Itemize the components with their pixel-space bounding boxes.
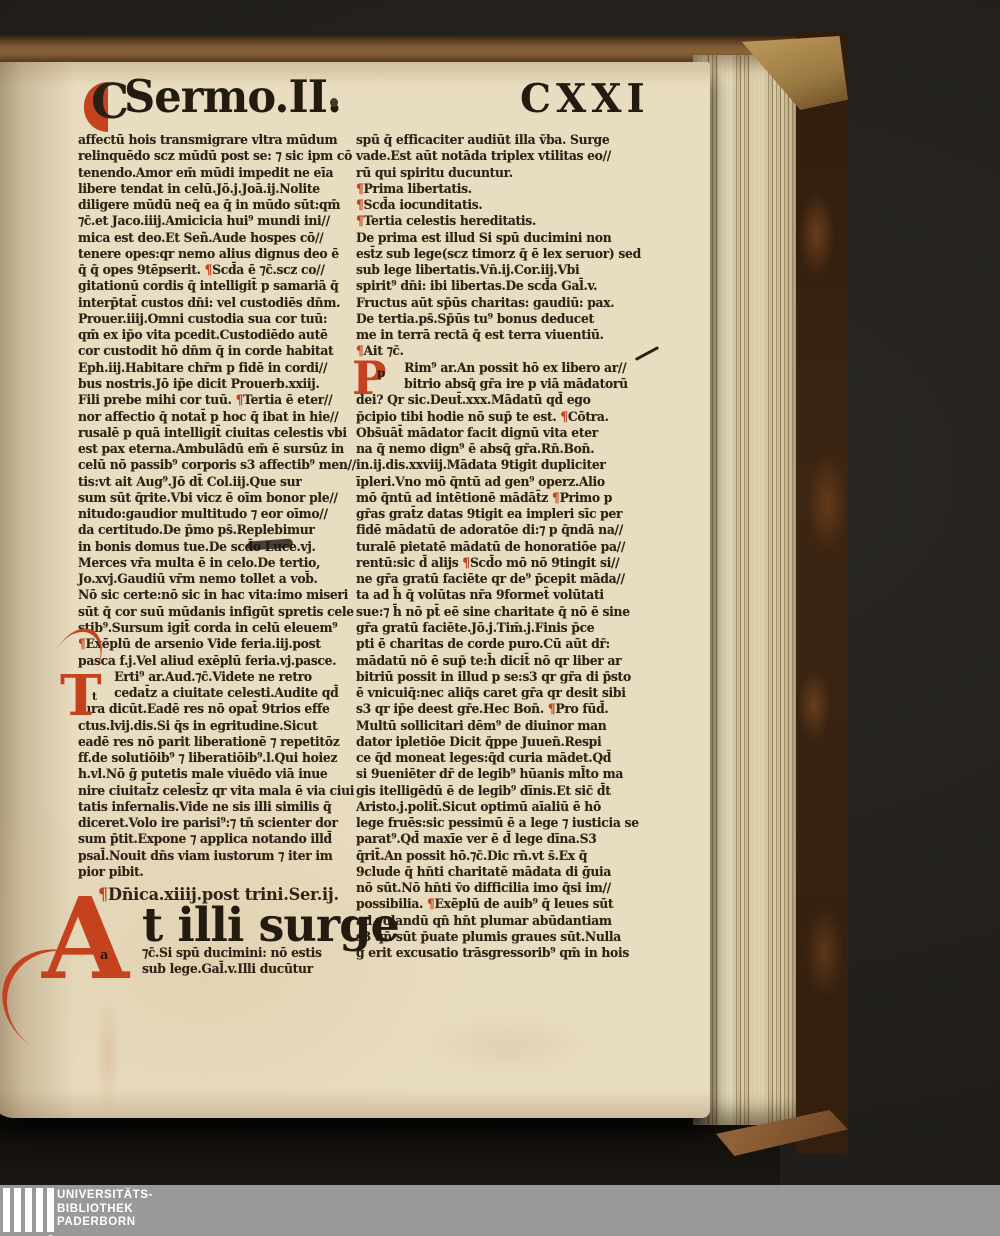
text-line: est pax eterna.Ambulādū em̄ ē sursūz in: [78, 442, 338, 458]
text-line: s3 qn̄ sūt p̄uate plumis graues sūt.Null…: [356, 930, 642, 946]
text-line: in.ij.dis.xxviij.Mādata 9tigit duplicite…: [356, 458, 642, 474]
text-line: Fructus aūt sp̄ūs charitas: gaudiū: pax.: [356, 296, 642, 312]
text-line: stib⁹.Sursum igit̄ corda in celū eleuem⁹: [78, 621, 338, 637]
incipit-line: ⁊c̄.Si spū ducimini: nō estis: [142, 946, 322, 962]
text-line: h.vl.Nō ḡ putetis male viuēdo viā inue: [78, 767, 338, 783]
library-name: UNIVERSITÄTS- BIBLIOTHEK PADERBORN: [57, 1189, 153, 1230]
text-line: mādatū nō ē sup̄ te:h̄ dicit̄ nō qr libe…: [356, 654, 642, 670]
text-line: ta ad h̄ q̄ volūtas nr̄a 9formet̄ volūta…: [356, 588, 642, 604]
text-line: s3 qr ip̄e deest gr̄e.Hec Bon̄. ¶Pro fūd…: [356, 702, 642, 718]
text-line: gr̄a gratū faciēte.Jō.j.Tim̄.j.Finis p̄c…: [356, 621, 642, 637]
text-line: pti ē charitas de corde puro.Cū aūt dr̄:: [356, 637, 642, 653]
watermark-band: UNIVERSITÄTS- BIBLIOTHEK PADERBORN: [0, 1185, 1000, 1236]
text-line: tis:vt ait Aug⁹.Jō dt̄ Col.iij.Que sur: [78, 475, 338, 491]
text-line: ctus.lvij.dis.Si q̄s in egritudine.Sicut: [78, 719, 338, 735]
text-line: celū nō passib⁹ corporis s3 affectib⁹ me…: [78, 458, 338, 474]
text-line: in bonis domus tue.De scd̄o Luce.vj.: [78, 540, 338, 556]
text-line: ¶Scd̄a iocunditatis.: [356, 198, 642, 214]
guide-letter-a: a: [100, 948, 108, 963]
text-line: ē vnicuiq̄:nec aliq̄s caret gr̄a qr desi…: [356, 686, 642, 702]
incipit-line: sub lege.Gal̄.v.Illi ducūtur: [142, 962, 313, 978]
text-line: ¶Prima libertatis.: [356, 182, 642, 198]
guide-letter-t: t: [92, 690, 97, 703]
text-line: iura dicūt.Eadē res nō opat̄ 9trios effe: [78, 702, 338, 718]
text-line: pasca f.j.Vel aliud exēplū feria.vj.pasc…: [78, 654, 338, 670]
text-line: vade.Est aūt notāda triplex vtilitas eo/…: [356, 149, 642, 165]
text-line: parat⁹.Qd̄ maxīe ver ē d̄ lege dīna.S3: [356, 832, 642, 848]
text-line: dator ipletiōe Dicit q̄ppe Juuen̄.Respi: [356, 735, 642, 751]
text-line: est̄z sub lege(scz timorz q̄ ē lex seruo…: [356, 247, 642, 263]
text-line: De prima est illud Si spū ducimini non: [356, 231, 642, 247]
text-line: Multū sollicitari dēm⁹ de diuinor man: [356, 719, 642, 735]
text-line: diceret.Volo ire parisi⁹:⁊ tn̄ scienter …: [78, 816, 338, 832]
page-stain: [420, 1010, 600, 1080]
text-line: possibilia. ¶Exēplū de auib⁹ q̄ leues sū…: [356, 897, 642, 913]
text-line: turalē pietatē mādatū de honoratiōe pa//: [356, 540, 642, 556]
text-line: nitudo:gaudior multitudo ⁊ eor oīmo//: [78, 507, 338, 523]
text-line: rentū:sic d̄ alijs ¶Scd̄o mō nō 9tingit …: [356, 556, 642, 572]
text-line: ḡ erit excusatio trāsgressorib⁹ qm̄ in h…: [356, 946, 642, 962]
text-line: Prouer.iiij.Omni custodia sua cor tuū:: [78, 312, 338, 328]
text-line: gitationū cordis q̄ intelligit̄ p samari…: [78, 279, 338, 295]
library-name-line3: PADERBORN: [57, 1216, 153, 1230]
text-line: rusalē p quā intelligit̄ ciuitas celesti…: [78, 426, 338, 442]
text-line: mica est deo.Et Señ.Aude hospes cō//: [78, 231, 338, 247]
text-line: īpleri.Vno mō q̄ntū ad gen⁹ operz.Alio: [356, 475, 642, 491]
text-line: bitriū possit in illud p se:s3 qr gr̄a d…: [356, 670, 642, 686]
incipit-large-text: t illi surge: [142, 898, 399, 953]
text-line: ff.de solutiōib⁹ ⁊ liberatiōib⁹.l.Qui ho…: [78, 751, 338, 767]
folio-number: CXXI: [520, 76, 650, 122]
text-line: q̄rit̄.An possit hō.⁊c̄.Dic rn̄.vt s̄.Ex…: [356, 849, 642, 865]
text-line: bus nostris.Jō ip̄e dicit Prouerb.xxiij.: [78, 377, 338, 393]
text-line: sūt q̄ cor suū mūdanis infigūt spretis c…: [78, 605, 338, 621]
text-line: nor affectio q̄ notat̄ p hoc q̄ ibat in …: [78, 410, 338, 426]
library-name-line1: UNIVERSITÄTS-: [57, 1189, 153, 1203]
text-line: sue:⁊ h̄ nō pt̄ eē sine charitate q̄ nō …: [356, 605, 642, 621]
text-line: psal̄.Nouit dn̄s viam iustorum ⁊ iter im: [78, 849, 338, 865]
text-line: De tertia.ps̄.Sp̄ūs tu⁹ bonus deducet: [356, 312, 642, 328]
text-line: ad volandū qn̄ hn̄t plumar abūdantiam: [356, 914, 642, 930]
text-line: q̄ q̄ opes 9tēpserit. ¶Scd̄a ē ⁊c̄.scz c…: [78, 263, 338, 279]
library-name-line2: BIBLIOTHEK: [57, 1203, 153, 1217]
text-line: ce q̄d moneat leges:q̄d curia mādet.Qd̄: [356, 751, 642, 767]
text-line: ⁊c̄.et Jaco.iiij.Amicicia hui⁹ mundi ini…: [78, 214, 338, 230]
text-line: bitrio absq̄ gr̄a ire p viā mādatorū: [356, 377, 642, 393]
text-line: ¶Tertia celestis hereditatis.: [356, 214, 642, 230]
text-line: Eph.iij.Habitare chr̄m p fidē in cordi//: [78, 361, 338, 377]
text-line: si 9ueniēter dr̄ de legib⁹ hūanis ml̄to …: [356, 767, 642, 783]
page-title: Sermo.II.: [124, 70, 341, 123]
text-line: na q̄ nemo dign⁹ ē absq̄ gr̄a.Rn̄.Bon̄.: [356, 442, 642, 458]
text-line: dei? Qr sic.Deut̄.xxx.Mādatū qd̄ ego: [356, 393, 642, 409]
text-line: eadē res nō parit liberationē ⁊ repetitō…: [78, 735, 338, 751]
text-line: Jo.xvj.Gaudiū vr̄m nemo tollet a vob̄.: [78, 572, 338, 588]
text-line: ne gr̄a gratū faciēte qr de⁹ p̄cepit mād…: [356, 572, 642, 588]
text-line: Aristo.j.polit̄.Sicut optimū aīaliū ē hō: [356, 800, 642, 816]
text-line: 9clude q̄ hn̄ti charitatē mādata di ḡuia: [356, 865, 642, 881]
text-line: Erti⁹ ar.Aud.⁊c̄.Videte ne retro: [78, 670, 338, 686]
leather-cover-strip: [796, 32, 848, 1154]
text-line: affectū hois transmigrare vltra mūdum: [78, 133, 338, 149]
text-line: Merces vr̄a multa ē in celo.De tertio,: [78, 556, 338, 572]
digitized-book-photo: C Sermo.II. CXXI affectū hois transmigra…: [0, 0, 1000, 1236]
text-line: ¶Exēplū de arsenio Vide feria.iij.post: [78, 637, 338, 653]
text-line: nire ciuitat̄z celest̄z qr vita mala ē v…: [78, 784, 338, 800]
text-line: interp̄tat̄ custos dn̄i: vel custodiēs d…: [78, 296, 338, 312]
text-line: libere tendat in celū.Jō.j.Joā.ij.Nolite: [78, 182, 338, 198]
text-line: Fili prebe mihi cor tuū. ¶Tertia ē eter/…: [78, 393, 338, 409]
text-line: da certitudo.De p̄mo ps̄.Replebimur: [78, 523, 338, 539]
text-line: spirit⁹ dn̄i: ibi libertas.De scd̄a Gal̄…: [356, 279, 642, 295]
text-line: me in terrā rectā q̄ est terra viuentiū.: [356, 328, 642, 344]
text-line: spū q̄ efficaciter audiūt illa v̄ba. Sur…: [356, 133, 642, 149]
text-line: cor custodit hō dn̄m q̄ in corde habitat: [78, 344, 338, 360]
guide-letter-p: p: [377, 366, 385, 380]
text-line: tenere opes:qr nemo alius dignus deo ē: [78, 247, 338, 263]
text-line: relinquēdo scz mūdū post se: ⁊ sic ipm c…: [78, 149, 338, 165]
text-line: sub lege libertatis.Vn̄.ij.Cor.iij.Vbi: [356, 263, 642, 279]
text-line: sum p̄tit.Expone ⁊ applica notando illd̄: [78, 832, 338, 848]
text-line: Rim⁹ ar.An possit hō ex libero ar//: [356, 361, 642, 377]
text-line: rū qui spiritu ducuntur.: [356, 166, 642, 182]
text-column-right: spū q̄ efficaciter audiūt illa v̄ba. Sur…: [356, 133, 664, 963]
text-line: gis itelligēdū ē de legib⁹ dīnis.Et sic̄…: [356, 784, 642, 800]
text-line: mō q̄ntū ad intētionē mādāt̄z ¶Primo p: [356, 491, 642, 507]
text-line: tenendo.Amor em̄ mūdi impedit ne eīa: [78, 166, 338, 182]
text-line: Obs̄uāt̄ mādator facit dignū vita eter: [356, 426, 642, 442]
text-line: fidē mādatū de adoratōe di:⁊ p q̄ndā na/…: [356, 523, 642, 539]
text-line: gr̄as grat̄z datas 9tigit ea impleri sīc…: [356, 507, 642, 523]
ink-spot: [330, 98, 338, 107]
text-line: nō sūt.Nō hn̄ti v̄o difficilia imo q̄si …: [356, 881, 642, 897]
text-line: sum sūt q̄rite.Vbi vicz ē oīm bonor ple/…: [78, 491, 338, 507]
text-line: cedat̄z a ciuitate celesti.Audite qd̄: [78, 686, 338, 702]
text-line: lege fruēs:sic pessimū ē a lege ⁊ iustic…: [356, 816, 642, 832]
text-line: p̄cipio tibi hodie nō sup̄ te est. ¶Cōtr…: [356, 410, 642, 426]
text-line: Nō sic certe:nō sic in hac vita:imo mise…: [78, 588, 338, 604]
text-column-left: affectū hois transmigrare vltra mūdumrel…: [78, 133, 358, 881]
text-line: ¶Ait ⁊c̄.: [356, 344, 642, 360]
text-line: diligere mūdū neq̄ ea q̄ in mūdo sūt:qm̄: [78, 198, 338, 214]
text-line: tatis infernalis.Vide ne sis illi simili…: [78, 800, 338, 816]
text-line: qm̄ ex ip̄o vita pcedit.Custodiēdo autē: [78, 328, 338, 344]
